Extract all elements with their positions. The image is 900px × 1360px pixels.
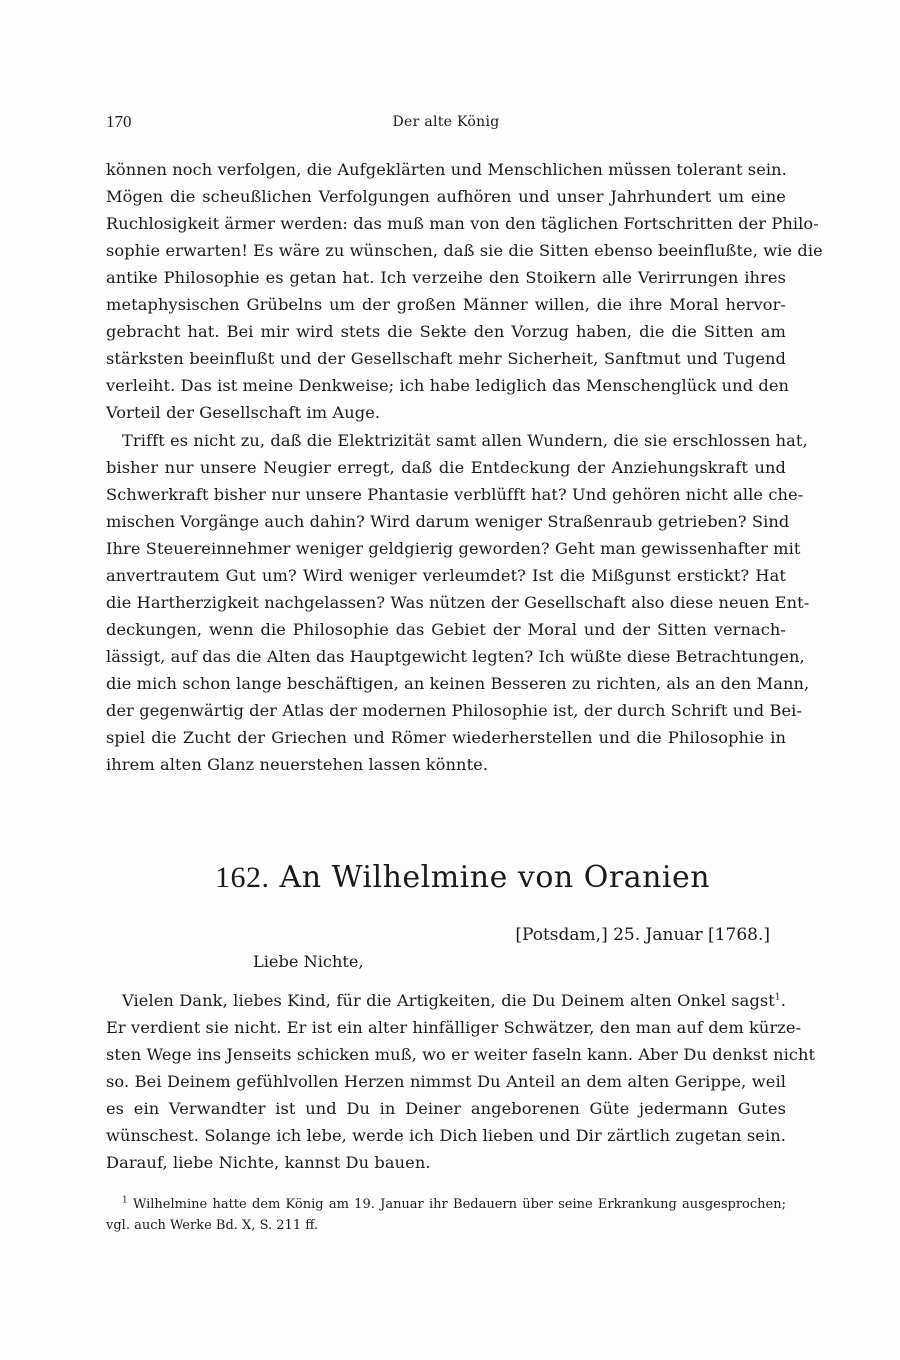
dateline: [Potsdam,] 25. Januar [1768.] [500, 925, 770, 945]
text-line: gebracht hat. Bei mir wird stets die Sek… [106, 318, 786, 345]
letter-body: Vielen Dank, liebes Kind, für die Artigk… [106, 987, 786, 1176]
text-line: verleiht. Das ist meine Denkweise; ich h… [106, 372, 786, 399]
text-line: mischen Vorgänge auch dahin? Wird darum … [106, 508, 786, 535]
text-line: sophie erwarten! Es wäre zu wünschen, da… [106, 237, 786, 264]
text-line: Mögen die scheußlichen Verfolgungen aufh… [106, 183, 786, 210]
text-line: die mich schon lange beschäftigen, an ke… [106, 670, 786, 697]
footnote: 1 Wilhelmine hatte dem König am 19. Janu… [106, 1194, 786, 1236]
text-line: metaphysischen Grübelns um der großen Mä… [106, 291, 786, 318]
text-line: deckungen, wenn die Philosophie das Gebi… [106, 616, 786, 643]
text-line: Vielen Dank, liebes Kind, für die Artigk… [106, 987, 786, 1014]
text-line: können noch verfolgen, die Aufgeklärten … [106, 156, 786, 183]
text-line: Schwerkraft bisher nur unsere Phantasie … [106, 481, 786, 508]
text-line-content: Vielen Dank, liebes Kind, für die Artigk… [122, 991, 775, 1010]
paragraph-1: können noch verfolgen, die Aufgeklärten … [106, 156, 786, 426]
sentence-end: . [781, 991, 786, 1010]
text-line: Vorteil der Gesellschaft im Auge. [106, 399, 786, 426]
footnote-line: vgl. auch Werke Bd. X, S. 211 ff. [106, 1215, 786, 1236]
text-line: es ein Verwandter ist und Du in Deiner a… [106, 1095, 786, 1122]
letter-heading: 162. An Wilhelmine von Oranien [215, 858, 715, 898]
salutation: Liebe Nichte, [253, 952, 364, 971]
text-line: Ruchlosigkeit ärmer werden: das muß man … [106, 210, 786, 237]
text-line: sten Wege ins Jenseits schicken muß, wo … [106, 1041, 786, 1068]
footnote-line: 1 Wilhelmine hatte dem König am 19. Janu… [106, 1194, 786, 1215]
footnote-text: Wilhelmine hatte dem König am 19. Januar… [133, 1197, 786, 1212]
text-line: Er verdient sie nicht. Er ist ein alter … [106, 1014, 786, 1041]
text-line: der gegenwärtig der Atlas der modernen P… [106, 697, 786, 724]
letter-title: An Wilhelmine von Oranien [280, 860, 711, 895]
paragraph-2: Trifft es nicht zu, daß die Elektrizität… [106, 427, 786, 778]
text-line: ihrem alten Glanz neuerstehen lassen kön… [106, 751, 786, 778]
text-line: anvertrautem Gut um? Wird weniger verleu… [106, 562, 786, 589]
text-line: Darauf, liebe Nichte, kannst Du bauen. [106, 1149, 786, 1176]
text-line: antike Philosophie es getan hat. Ich ver… [106, 264, 786, 291]
letter-number: 162. [215, 861, 270, 894]
text-line: stärksten beeinflußt und der Gesellschaf… [106, 345, 786, 372]
text-line: wünschest. Solange ich lebe, werde ich D… [106, 1122, 786, 1149]
text-line: spiel die Zucht der Griechen und Römer w… [106, 724, 786, 751]
running-title: Der alte König [106, 114, 786, 130]
text-line: die Hartherzigkeit nachgelassen? Was nüt… [106, 589, 786, 616]
running-head: 170 Der alte König [106, 112, 786, 136]
text-line: Trifft es nicht zu, daß die Elektrizität… [106, 427, 786, 454]
footnote-marker: 1 [122, 1196, 128, 1206]
text-line: lässigt, auf das die Alten das Hauptgewi… [106, 643, 786, 670]
text-line: bisher nur unsere Neugier erregt, daß di… [106, 454, 786, 481]
text-line: so. Bei Deinem gefühlvollen Herzen nimms… [106, 1068, 786, 1095]
text-line: Ihre Steuereinnehmer weniger geldgierig … [106, 535, 786, 562]
